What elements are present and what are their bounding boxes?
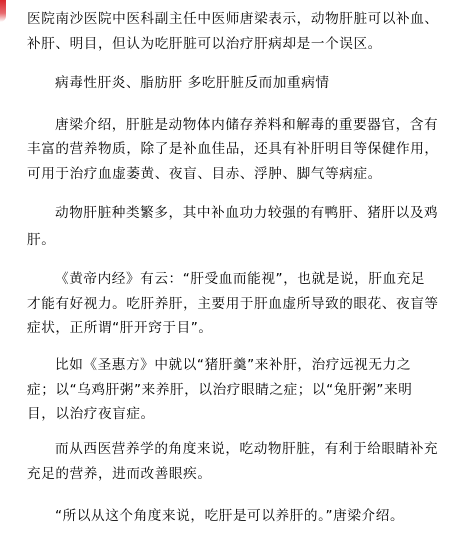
text-line: 可用于治疗血虚萎黄、夜盲、目赤、浮肿、脚气等病症。 (27, 166, 382, 182)
text-line: 《黄帝内经》有云：“肝受血而能视”，也就是说，肝血充足 (55, 271, 425, 287)
text-line: 充足的营养，进而改善眼疾。 (27, 466, 212, 482)
text-line: 肝。 (27, 232, 55, 248)
corner-accent-decoration (0, 0, 6, 22)
text-line: 医院南沙医院中医科副主任中医师唐梁表示，动物肝脏可以补血、 (27, 11, 439, 27)
text-line: 目，以治疗夜盲症。 (27, 406, 155, 422)
text-line: 症状，正所谓“肝开窍于目”。 (27, 320, 213, 336)
text-line: “所以从这个角度来说，吃肝是可以养肝的。”唐梁介绍。 (55, 508, 404, 524)
text-line: 丰富的营养物质，除了是补血佳品，还具有补肝明目等保健作用， (27, 141, 439, 157)
text-line: 症；以“乌鸡肝粥”来养肝，以治疗眼睛之症；以“兔肝粥”来明 (27, 382, 412, 398)
text-line: 而从西医营养学的角度来说，吃动物肝脏，有利于给眼睛补充 (55, 441, 438, 457)
text-line: 动物肝脏种类繁多，其中补血功力较强的有鸭肝、猪肝以及鸡 (55, 205, 438, 221)
text-line: 比如《圣惠方》中就以“猪肝羹”来补肝，治疗远视无力之 (55, 357, 411, 373)
text-line: 补肝、明目，但认为吃肝脏可以治疗肝病却是一个误区。 (27, 36, 382, 52)
subheading-text: 病毒性肝炎、脂肪肝 多吃肝脏反而加重病情 (55, 75, 330, 91)
text-line: 唐梁介绍，肝脏是动物体内储存养料和解毒的重要器官，含有 (55, 117, 438, 133)
text-line: 才能有好视力。吃肝养肝，主要用于肝血虚所导致的眼花、夜盲等 (27, 296, 439, 312)
